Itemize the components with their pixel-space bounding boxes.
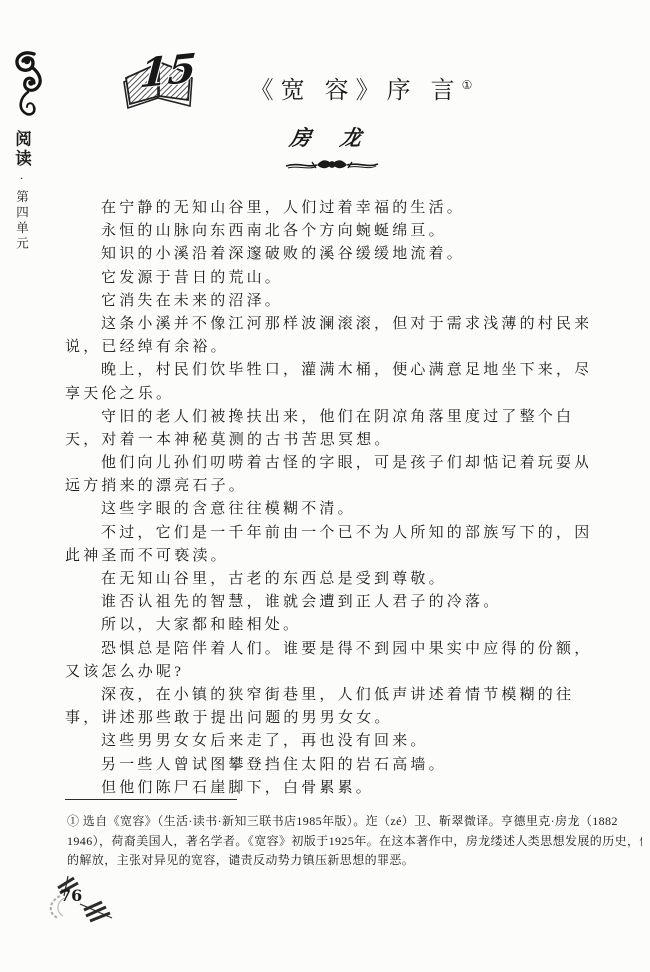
body-line: 恐惧总是陪伴着人们。谁要是得不到园中果实中应得的份额， xyxy=(65,638,588,661)
body-line: 这些男男女女后来走了，再也没有回来。 xyxy=(65,730,588,753)
body-line: 它消失在未来的沼泽。 xyxy=(65,290,588,313)
sidebar-unit-name: 第四单元 xyxy=(15,190,29,252)
body-line: 说，已经绰有余裕。 xyxy=(65,336,588,359)
body-line: 谁否认祖先的智慧，谁就会遭到正人君子的冷落。 xyxy=(65,591,588,614)
body-line: 事，讲述那些敢于提出问题的男男女女。 xyxy=(65,707,588,730)
ribbon-flourish-icon xyxy=(284,153,380,177)
body-line: 永恒的山脉向东西南北各个方向蜿蜒绵亘。 xyxy=(65,220,588,243)
body-line: 此神圣而不可亵渎。 xyxy=(65,545,588,568)
page-title-text: 《宽 容》序 言 xyxy=(250,78,462,104)
body-line: 远方捎来的漂亮石子。 xyxy=(65,475,588,498)
page-number-block: 76 xyxy=(34,874,120,928)
body-line: 另一些人曾试图攀登挡住太阳的岩石高墙。 xyxy=(65,754,588,777)
body-line: 不过，它们是一千年前由一个已不为人所知的部族写下的，因 xyxy=(65,522,588,545)
body-line: 在无知山谷里，古老的东西总是受到尊敬。 xyxy=(65,568,588,591)
body-line: 又该怎么办呢? xyxy=(65,661,588,684)
footnote-line: 的解放，主张对异见的宽容，谴责反动势力镇压新思想的罪恶。 xyxy=(67,851,642,871)
body-line: 这条小溪并不像江河那样波澜滚滚，但对于需求浅薄的村民来 xyxy=(65,313,588,336)
body-line: 晚上，村民们饮毕牲口，灌满木桶，便心满意足地坐下来，尽 xyxy=(65,359,588,382)
footnote: ① 选自《宽容》（生活·读书·新知三联书店1985年版）。迮（zé）卫、靳翠微译… xyxy=(67,812,642,871)
textbook-page: 阅读·第四单元 15 《宽 容》序 言① 房 龙 xyxy=(0,0,650,972)
body-line: 天，对着一本神秘莫测的古书苦思冥想。 xyxy=(65,429,588,452)
body-line: 这些字眼的含意往往模糊不清。 xyxy=(65,498,588,521)
body-line: 知识的小溪沿着深邃破败的溪谷缓缓地流着。 xyxy=(65,243,588,266)
body-line: 所以，大家都和睦相处。 xyxy=(65,614,588,637)
footnote-separator xyxy=(65,799,237,800)
author-name: 房 龙 xyxy=(288,122,375,152)
body-text: 在宁静的无知山谷里，人们过着幸福的生活。永恒的山脉向东西南北各个方向蜿蜒绵亘。知… xyxy=(65,197,588,800)
body-line: 在宁静的无知山谷里，人们过着幸福的生活。 xyxy=(65,197,588,220)
body-line: 深夜，在小镇的狭窄街巷里，人们低声讲述着情节模糊的往 xyxy=(65,684,588,707)
footnote-reference-mark: ① xyxy=(462,78,473,92)
body-line: 他们向儿孙们叨唠着古怪的字眼，可是孩子们却惦记着玩耍从 xyxy=(65,452,588,475)
page-title: 《宽 容》序 言① xyxy=(0,70,650,105)
page-number: 76 xyxy=(60,886,82,905)
author-block: 房 龙 xyxy=(0,122,650,177)
body-line: 它发源于昔日的荒山。 xyxy=(65,267,588,290)
body-line: 享天伦之乐。 xyxy=(65,383,588,406)
body-line: 守旧的老人们被搀扶出来，他们在阴凉角落里度过了整个白 xyxy=(65,406,588,429)
body-line: 但他们陈尸石崖脚下，白骨累累。 xyxy=(65,777,588,800)
footnote-line: ① 选自《宽容》（生活·读书·新知三联书店1985年版）。迮（zé）卫、靳翠微译… xyxy=(67,812,642,832)
footnote-line: 1946），荷裔美国人，著名学者。《宽容》初版于1925年。在这本著作中，房龙缕… xyxy=(67,832,642,852)
